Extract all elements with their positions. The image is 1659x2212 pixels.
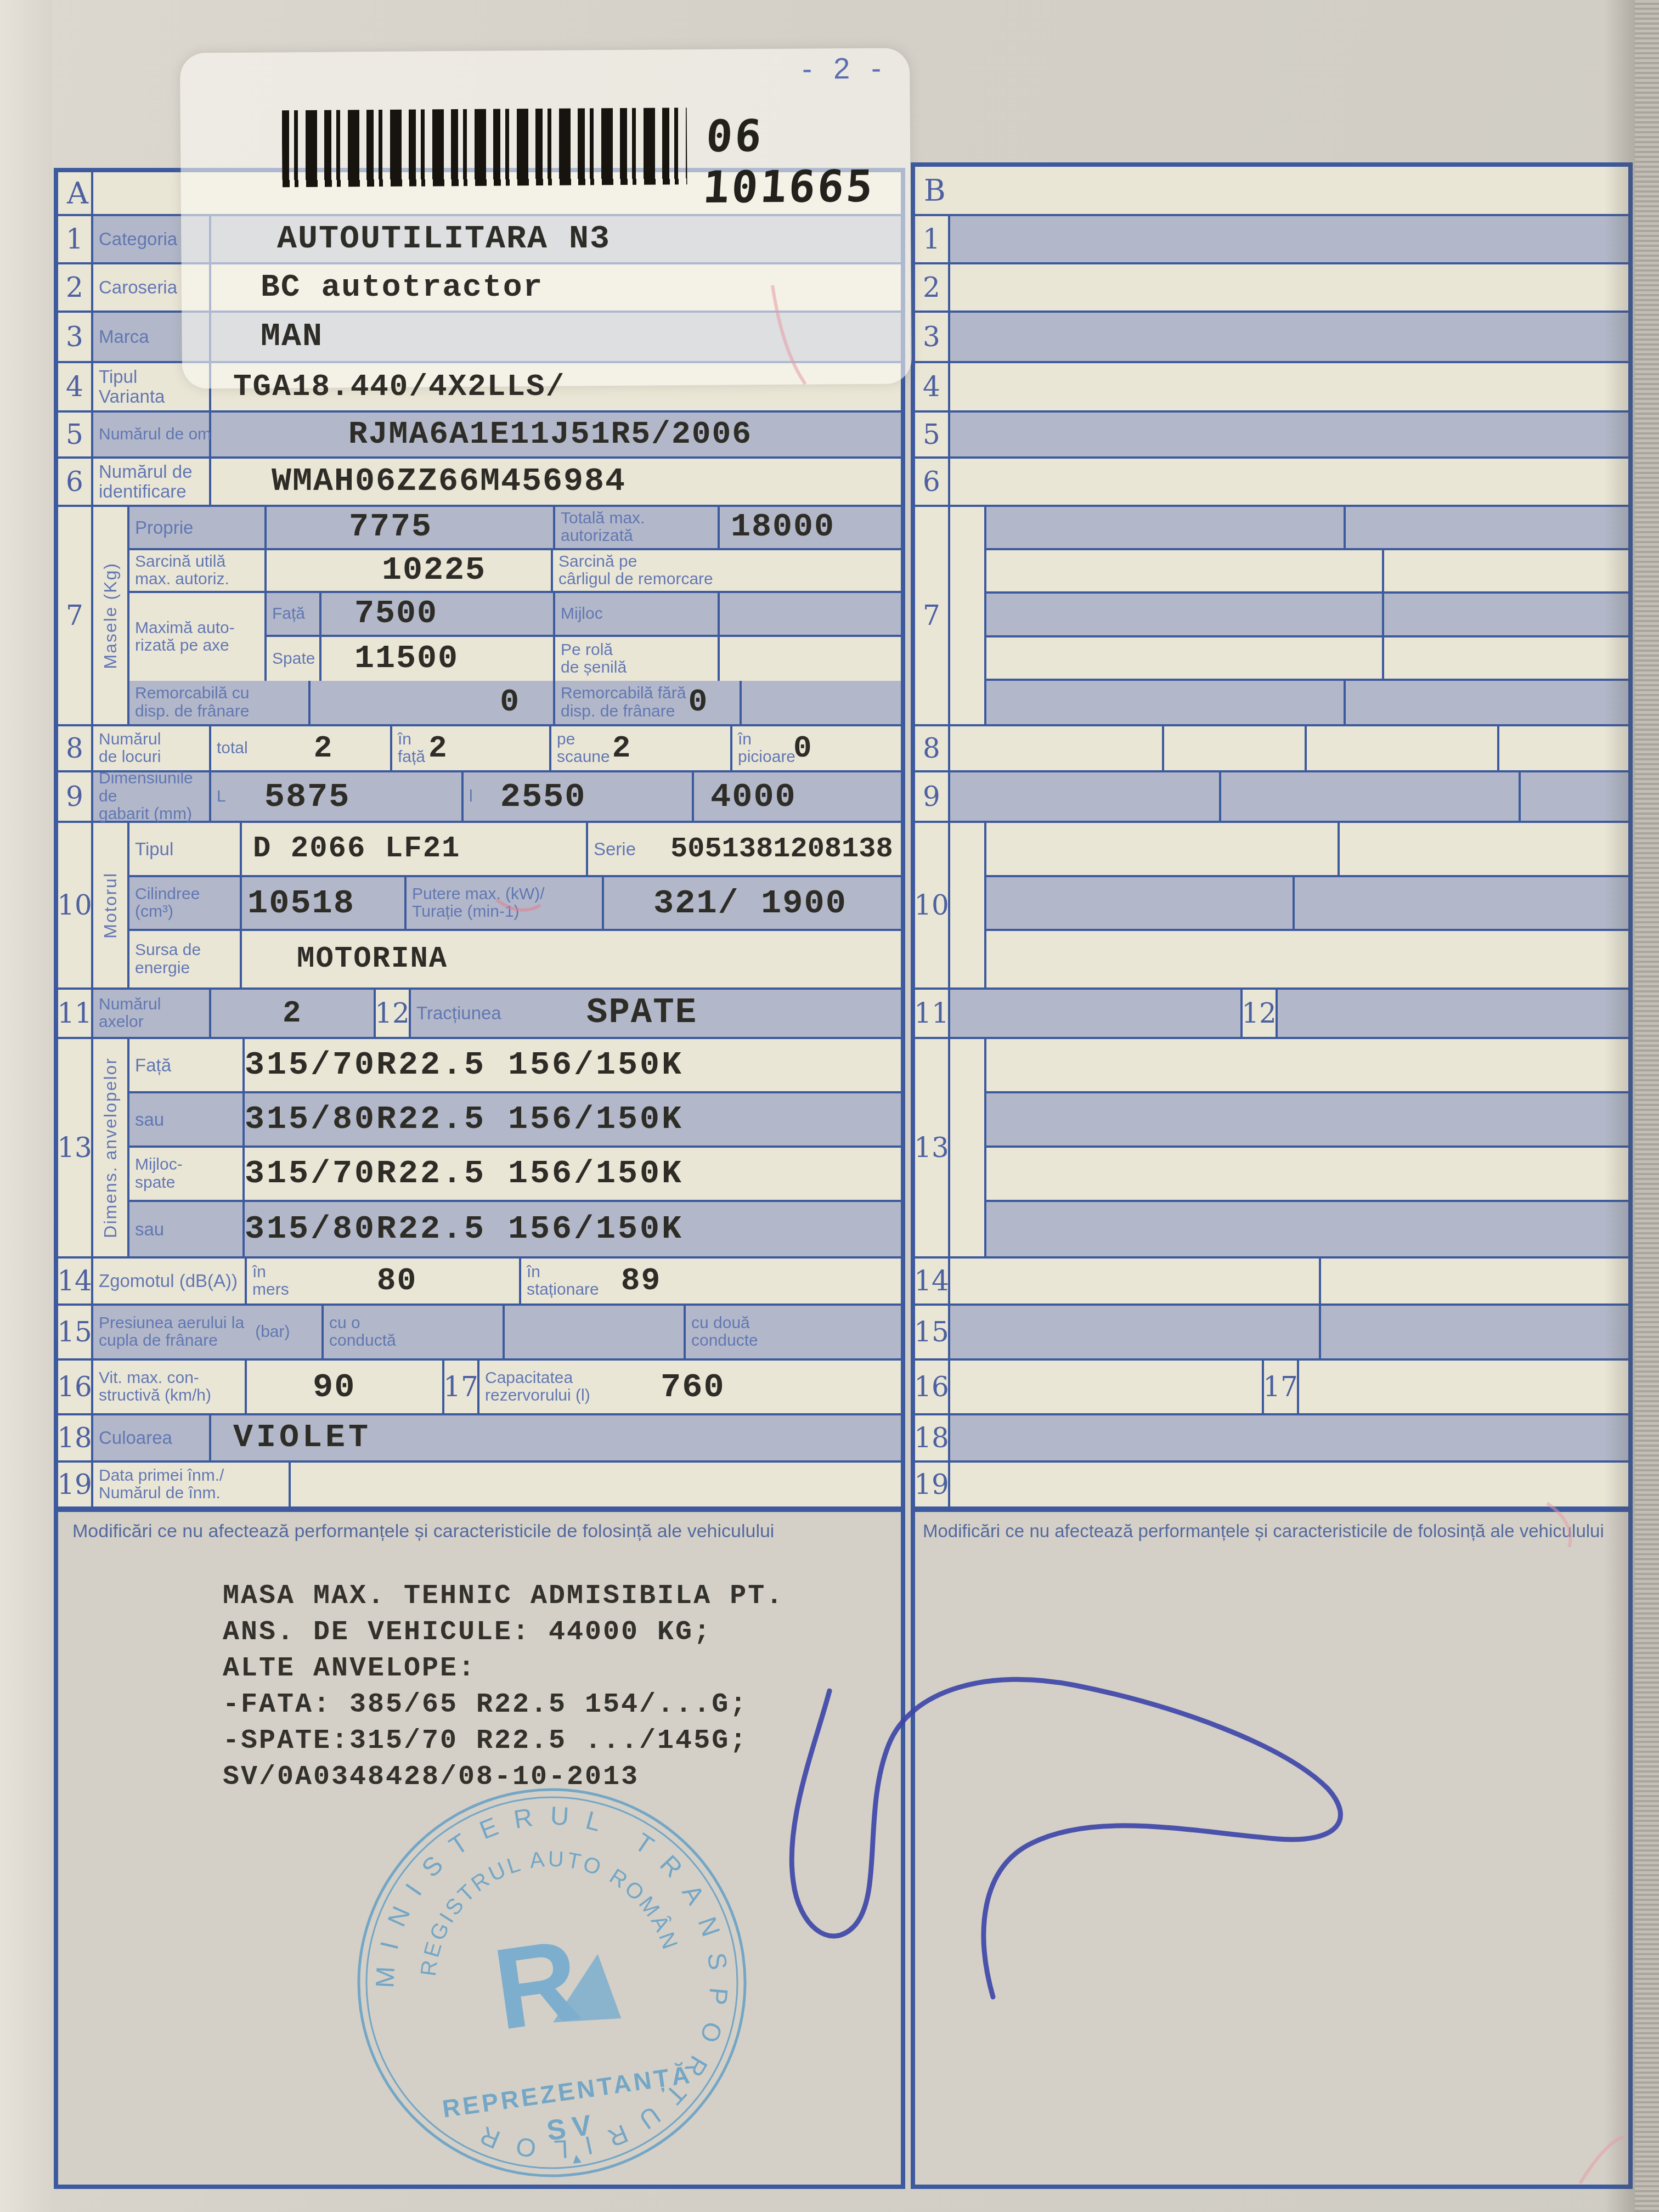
anvelope-side-label: Dimens. anvelopelor xyxy=(93,1039,129,1256)
zgomot-mers-value: 80 xyxy=(377,1263,417,1299)
field-label: Maximă auto- rizată pe axe xyxy=(129,617,240,657)
row-number: 8 xyxy=(915,726,950,770)
row-number: 13 xyxy=(915,1039,950,1256)
row-number: 10 xyxy=(58,823,93,988)
row-number-12: 12 xyxy=(1243,990,1278,1037)
field-label: L xyxy=(211,786,232,808)
field-label: Categoria xyxy=(93,227,183,251)
row-number: 15 xyxy=(915,1306,950,1358)
field-label: Pe rolă de șenilă xyxy=(555,639,632,679)
typed-modifications-block: MASA MAX. TEHNIC ADMISIBILA PT. ANS. DE … xyxy=(223,1578,901,1796)
motor-sursa-value: MOTORINA xyxy=(242,943,448,976)
masa-totala-value: 18000 xyxy=(720,509,835,546)
field-label: cu o conductă xyxy=(324,1312,402,1352)
binding-fabric-edge xyxy=(1635,0,1659,2212)
row-axe-tractiune: 11 Numărul axelor 2 12 Tracțiunea SPATE xyxy=(58,990,901,1039)
barcode-number: 06 101665 xyxy=(701,109,913,213)
b-row: 15 xyxy=(915,1306,1628,1361)
modificari-note-a: Modificări ce nu afectează performanțele… xyxy=(58,1512,901,1542)
omologare-value: RJMA6A1E11J51R5/2006 xyxy=(211,417,752,453)
row-number: 1 xyxy=(58,216,93,262)
b-side-strip xyxy=(950,1039,986,1256)
row-locuri: 8 Numărul de locuri total2 în față2 pe s… xyxy=(58,726,901,772)
scanned-vehicle-identity-card: A 1 Categoria AUTOUTILITARA N3 2 Caroser… xyxy=(0,0,1659,2212)
row-number: 2 xyxy=(915,264,950,311)
field-label: Numărul de identificare xyxy=(93,460,198,503)
culoare-value: VIOLET xyxy=(211,1419,371,1457)
row-masele: 7 Masele (Kg) Proprie 7775 Totală max. a… xyxy=(58,507,901,726)
row-number-17: 17 xyxy=(1264,1361,1299,1413)
motor-serie-value: 5051381208138 xyxy=(670,833,893,865)
field-label: Numărul de locuri xyxy=(93,729,166,769)
row-number: 18 xyxy=(915,1415,950,1460)
field-label: Sarcină pe cârligul de remorcare xyxy=(553,551,719,591)
anvelope-sau2-value: 315/80R22.5 156/150K xyxy=(245,1211,684,1248)
row-number-17: 17 xyxy=(444,1361,479,1413)
locuri-fata-value: 2 xyxy=(428,731,448,766)
b-row: 3 xyxy=(915,313,1628,363)
field-label: în față xyxy=(392,729,431,769)
barcode-icon xyxy=(282,108,687,187)
anvelope-mijloc-value: 315/70R22.5 156/150K xyxy=(245,1155,684,1193)
viteza-max-value: 90 xyxy=(247,1368,356,1407)
b-row-viteza: 16 17 xyxy=(915,1361,1628,1415)
page-number: - 2 - xyxy=(802,52,888,86)
b-row: 9 xyxy=(915,772,1628,823)
unit-label: (bar) xyxy=(250,1321,295,1343)
page-left-edge xyxy=(0,0,52,2212)
axa-spate-value: 11500 xyxy=(321,640,459,678)
motor-putere-value: 321/ 1900 xyxy=(604,884,847,923)
b-row: 19 xyxy=(915,1463,1628,1512)
field-label: Totală max. autorizată xyxy=(555,507,650,548)
row-number-12: 12 xyxy=(376,990,411,1037)
caroseria-value: BC autotractor xyxy=(211,270,543,306)
b-side-strip xyxy=(950,507,986,724)
masele-side-label: Masele (Kg) xyxy=(93,507,129,724)
b-row: 1 xyxy=(915,216,1628,264)
column-a-letter: A xyxy=(58,176,88,211)
b-row: 8 xyxy=(915,726,1628,772)
field-label: total xyxy=(211,737,253,759)
remorcabila-cu-value: 0 xyxy=(500,685,553,720)
rezervor-value: 760 xyxy=(661,1368,725,1407)
gabarit-inaltime-value: 4000 xyxy=(710,777,797,816)
vin-value: WMAH06ZZ66M456984 xyxy=(211,463,626,500)
row-number: 2 xyxy=(58,264,93,311)
stamp-logo-r: R xyxy=(487,1915,587,2054)
field-label: Vit. max. con- structivă (km/h) xyxy=(93,1367,217,1407)
field-label: l xyxy=(464,786,478,808)
field-label: Tipul xyxy=(129,837,179,861)
b-row-anvelope: 13 xyxy=(915,1039,1628,1259)
field-label: Capacitatea rezervorului (l) xyxy=(479,1367,596,1407)
b-row: 14 xyxy=(915,1259,1628,1306)
row-number: 11 xyxy=(915,990,950,1037)
column-b-table: B 1 2 3 4 5 6 7 8 9 10 xyxy=(911,162,1633,2189)
stamp-triangle-mark: ▲ xyxy=(568,2149,585,2167)
b-row: 6 xyxy=(915,459,1628,507)
field-label: Marca xyxy=(93,325,155,349)
field-label: Numărul axelor xyxy=(93,994,166,1034)
b-row: 18 xyxy=(915,1415,1628,1463)
gabarit-lungime-value: 5875 xyxy=(264,777,351,816)
field-label: Tipul Varianta xyxy=(93,365,170,408)
locuri-scaune-value: 2 xyxy=(612,731,632,766)
b-row: 2 xyxy=(915,264,1628,313)
b-side-strip xyxy=(950,823,986,988)
row-presiune: 15 Presiunea aerului la cupla de frânare… xyxy=(58,1306,901,1361)
row-number: 11 xyxy=(58,990,93,1037)
row-number: 6 xyxy=(915,459,950,505)
field-label: sau xyxy=(129,1108,170,1132)
row-number: 15 xyxy=(58,1306,93,1358)
row-number: 14 xyxy=(915,1259,950,1304)
field-label: Putere max. (kW)/ Turație (min-1) xyxy=(407,883,550,923)
row-number: 1 xyxy=(915,216,950,262)
field-label: pe scaune xyxy=(551,729,616,769)
anvelope-sau1-value: 315/80R22.5 156/150K xyxy=(245,1101,684,1138)
field-label: Serie xyxy=(588,837,641,861)
field-label: Dimensiunile de gabarit (mm) xyxy=(93,768,209,825)
row-number: 5 xyxy=(58,413,93,456)
modificari-note-b: Modificări ce nu afectează performanțele… xyxy=(915,1512,1628,1542)
column-b-letter: B xyxy=(915,173,946,208)
field-label: sau xyxy=(129,1217,170,1242)
locuri-total-value: 2 xyxy=(314,731,334,766)
row-number: 8 xyxy=(58,726,93,770)
row-number: 18 xyxy=(58,1415,93,1460)
field-label: în staționare xyxy=(521,1261,605,1301)
b-row-motor: 10 xyxy=(915,823,1628,990)
field-label: Față xyxy=(129,1053,177,1077)
numar-axe-value: 2 xyxy=(211,996,302,1031)
row-number: 7 xyxy=(58,507,93,724)
gabarit-latime-value: 2550 xyxy=(500,777,586,816)
row-zgomot: 14 Zgomotul (dB(A)) în mers80 în stațion… xyxy=(58,1259,901,1306)
field-label: Mijloc xyxy=(555,603,608,625)
row-number: 16 xyxy=(58,1361,93,1413)
row-gabarit: 9 Dimensiunile de gabarit (mm) L5875 l25… xyxy=(58,772,901,823)
field-label: Față xyxy=(267,603,311,625)
motor-cilindree-value: 10518 xyxy=(242,884,355,923)
row-number: 14 xyxy=(58,1259,93,1304)
tip-varianta-value: TGA18.440/4X2LLS/ xyxy=(211,369,565,404)
row-number: 4 xyxy=(58,363,93,410)
zgomot-stationare-value: 89 xyxy=(621,1263,662,1299)
axa-fata-value: 7500 xyxy=(321,595,438,633)
row-number: 4 xyxy=(915,363,950,410)
field-label: Sarcină utilă max. autoriz. xyxy=(129,551,235,591)
motorul-side-label: Motorul xyxy=(93,823,129,988)
row-number: 3 xyxy=(915,313,950,361)
field-label: Culoarea xyxy=(93,1426,178,1450)
sarcina-utila-value: 10225 xyxy=(267,552,486,589)
anvelope-fata-value: 315/70R22.5 156/150K xyxy=(245,1047,684,1084)
row-viteza-rezervor: 16 Vit. max. con- structivă (km/h) 90 17… xyxy=(58,1361,901,1415)
field-label: Sursa de energie xyxy=(129,939,206,979)
row-anvelope: 13 Dimens. anvelopelor Față 315/70R22.5 … xyxy=(58,1039,901,1259)
row-omologare: 5 Numărul de omologare/ Anul fabricației… xyxy=(58,413,901,459)
b-row-axe: 11 12 xyxy=(915,990,1628,1039)
field-label: Remorcabilă fără disp. de frânare xyxy=(555,682,691,723)
field-label: Remorcabilă cu disp. de frânare xyxy=(129,682,255,723)
b-row: 4 xyxy=(915,363,1628,413)
row-number: 16 xyxy=(915,1361,950,1413)
motor-tip-value: D 2066 LF21 xyxy=(242,832,460,866)
row-motor: 10 Motorul Tipul D 2066 LF21 Serie 50513… xyxy=(58,823,901,990)
row-number: 9 xyxy=(915,772,950,821)
row-vin: 6 Numărul de identificare WMAH06ZZ66M456… xyxy=(58,459,901,507)
rar-round-stamp: MINISTERUL TRANSPORTURILOR REGISTRUL AUT… xyxy=(343,1774,760,2191)
masa-proprie-value: 7775 xyxy=(267,509,432,546)
row-number: 9 xyxy=(58,772,93,821)
field-label: Cilindree (cm³) xyxy=(129,883,205,923)
field-label: Mijloc- spate xyxy=(129,1154,188,1194)
column-a-table: A 1 Categoria AUTOUTILITARA N3 2 Caroser… xyxy=(54,168,905,2189)
field-label: Tracțiunea xyxy=(411,1001,507,1025)
field-label: Spate xyxy=(267,648,320,670)
field-label: în mers xyxy=(247,1261,295,1301)
b-row-masele: 7 xyxy=(915,507,1628,726)
row-number: 3 xyxy=(58,313,93,361)
page-right-shadow xyxy=(1604,0,1637,2212)
field-label: Zgomotul (dB(A)) xyxy=(93,1269,243,1293)
categoria-value: AUTOUTILITARA N3 xyxy=(211,221,611,258)
field-label: Data primei înm./ Numărul de înm. xyxy=(93,1465,229,1505)
field-label: în picioare xyxy=(732,729,801,769)
row-number: 13 xyxy=(58,1039,93,1256)
row-number: 5 xyxy=(915,413,950,456)
row-culoare: 18 Culoarea VIOLET xyxy=(58,1415,901,1463)
row-number: 7 xyxy=(915,507,950,724)
field-label: cu două conducte xyxy=(686,1312,764,1352)
row-number: 19 xyxy=(915,1463,950,1506)
field-label: Caroseria xyxy=(93,275,183,300)
row-number: 6 xyxy=(58,459,93,505)
row-inmatriculare: 19 Data primei înm./ Numărul de înm. xyxy=(58,1463,901,1512)
locuri-picioare-value: 0 xyxy=(793,731,813,766)
remorcabila-fara-value: 0 xyxy=(688,685,708,720)
field-label: Proprie xyxy=(129,516,199,540)
field-label: Presiunea aerului la cupla de frânare xyxy=(93,1312,250,1352)
row-number: 10 xyxy=(915,823,950,988)
row-number: 19 xyxy=(58,1463,93,1506)
tractiunea-value: SPATE xyxy=(554,994,697,1033)
b-row: 5 xyxy=(915,413,1628,459)
table-b-header-row: B xyxy=(915,167,1628,216)
marca-value: MAN xyxy=(211,318,323,356)
